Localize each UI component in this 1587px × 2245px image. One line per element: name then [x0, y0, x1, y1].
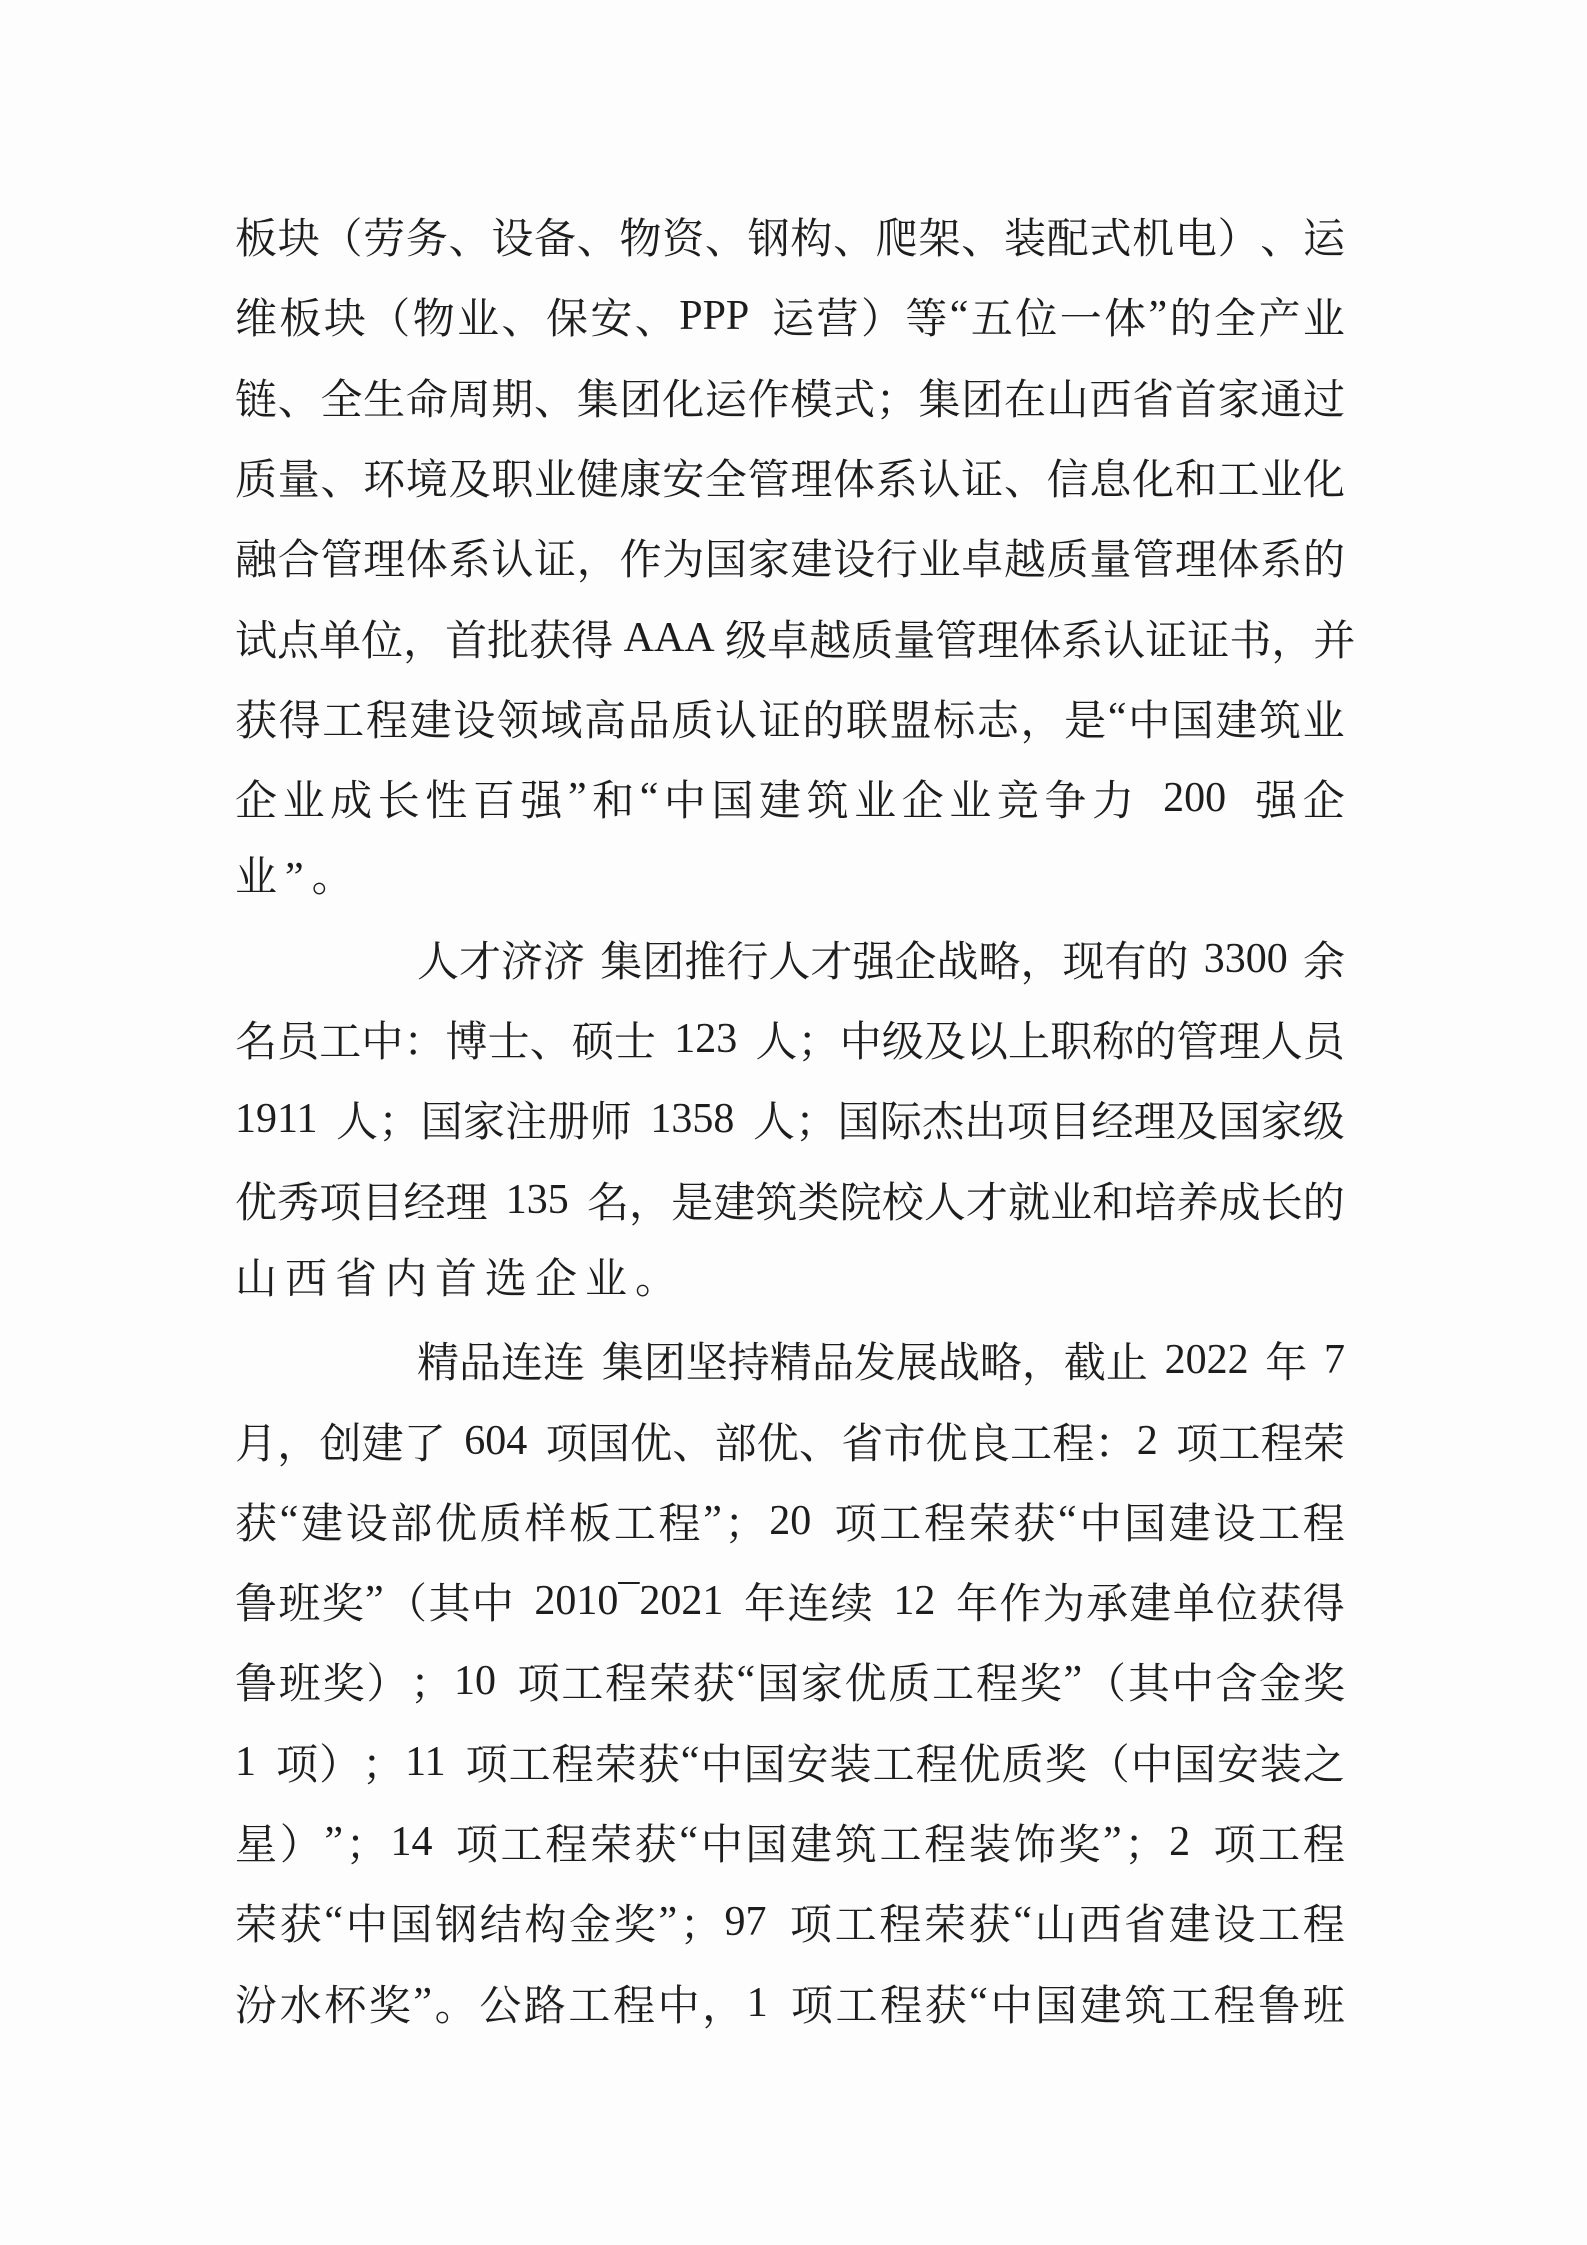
text-token: 设 [346, 1491, 388, 1551]
text-token: 境 [406, 447, 448, 507]
text-token: 企 [902, 768, 944, 828]
text-token: 领 [497, 688, 539, 748]
text-token: 百 [473, 768, 515, 828]
text-token: 结 [480, 1892, 522, 1952]
text-token: 名 [587, 1170, 629, 1230]
text-token: 程 [1214, 1973, 1256, 2033]
text-token: 名 [235, 1009, 277, 1069]
text-token: 年 [1265, 1330, 1307, 1390]
text-token: 2022 [1165, 1336, 1249, 1384]
text-token: 团 [644, 1330, 686, 1390]
text-token: 、 [1260, 206, 1302, 266]
text-token: 期 [491, 367, 533, 427]
text-token: 系 [876, 447, 918, 507]
text-token: 荣 [590, 1812, 632, 1872]
text-token: 鲁 [235, 1651, 277, 1711]
text-token: 荣 [235, 1892, 277, 1952]
text-token: 业 [949, 768, 991, 828]
text-token: 工 [932, 1651, 974, 1711]
text-token: 程 [879, 1892, 921, 1952]
text-token: ” [568, 774, 587, 822]
text-token: 星 [235, 1812, 277, 1872]
text-token: 、 [278, 367, 320, 427]
text-token: 安 [787, 1732, 829, 1792]
text-token: 战 [936, 929, 978, 989]
text-token: 认 [715, 688, 757, 748]
text-token: 荣 [969, 1491, 1011, 1551]
text-token: 工 [319, 1009, 361, 1069]
text-token: 设 [491, 206, 533, 266]
text-token: 程 [605, 1651, 647, 1711]
text-token: 人 [755, 1009, 797, 1069]
text-token: 设 [453, 688, 495, 748]
text-token: 管 [935, 608, 977, 668]
text-token: 位 [1015, 286, 1057, 346]
text-token: ； [876, 367, 918, 427]
text-token: 秀 [277, 1170, 319, 1230]
text-token: 运 [772, 286, 814, 346]
text-token: 程 [880, 1973, 922, 2033]
text-token: 程 [613, 1973, 655, 2033]
text-token: 院 [840, 1170, 882, 1230]
text-token: 程 [1261, 1411, 1303, 1471]
text-token: 称 [1092, 1009, 1134, 1069]
text-token: 行 [726, 929, 768, 989]
text-token: 康 [619, 447, 661, 507]
text-token: ” [1103, 1818, 1122, 1866]
word-gap [613, 614, 624, 662]
text-token: 级 [725, 608, 767, 668]
text-token: 人 [768, 929, 810, 989]
text-line: 人才济济 集团推行人才强企战略，现有的 3300 余 [235, 919, 1345, 999]
text-token: 优 [435, 1491, 477, 1551]
text-token: 工 [1218, 1411, 1260, 1471]
text-token: 位 [361, 608, 403, 668]
text-token: 样 [524, 1491, 566, 1551]
text-token: 3300 [1204, 935, 1288, 983]
text-token: 续 [831, 1571, 873, 1631]
text-token: 20 [769, 1497, 811, 1545]
text-token: 目 [361, 1170, 403, 1230]
text-token: 程 [1303, 1892, 1345, 1952]
text-token: 类 [797, 1170, 839, 1230]
text-token: 济 [543, 929, 585, 989]
text-token: 业 [1050, 1170, 1092, 1230]
text-token: 其 [1128, 1651, 1170, 1711]
text-token: 工 [1258, 1892, 1300, 1952]
text-token: 班 [279, 1651, 321, 1711]
text-token: 国 [711, 768, 753, 828]
text-token: 劳 [363, 206, 405, 266]
text-token: 优 [845, 1651, 887, 1711]
text-token: 标 [933, 688, 975, 748]
text-token: 工 [1258, 1491, 1300, 1551]
text-token: 优 [926, 1411, 968, 1471]
text-token: 质 [671, 688, 713, 748]
text-token: 中 [840, 1009, 882, 1069]
text-token: 项 [319, 1170, 361, 1230]
text-token: 国 [390, 1892, 432, 1952]
text-token: 及 [924, 1009, 966, 1069]
text-token: 、 [320, 447, 362, 507]
text-line: 荣获“中国钢结构金奖”；97 项工程荣获“山西省建设工程 [235, 1882, 1345, 1962]
text-token: 200 [1163, 774, 1226, 822]
text-token: 10 [454, 1657, 496, 1705]
word-gap [318, 1095, 336, 1143]
text-token: 域 [540, 688, 582, 748]
text-token: 团 [619, 367, 661, 427]
text-token: 员 [277, 1009, 319, 1069]
text-token: 证 [961, 447, 1003, 507]
text-token: 安 [1217, 1732, 1259, 1792]
text-token: 设 [1213, 1491, 1255, 1551]
word-gap [1193, 1818, 1211, 1866]
text-token: 程 [976, 1651, 1018, 1711]
text-token: 荣 [595, 1732, 637, 1792]
text-token: 理 [790, 447, 832, 507]
text-token: 团 [961, 367, 1003, 427]
text-token: 板 [279, 286, 321, 346]
text-token: 国 [705, 527, 747, 587]
text-token: 职 [491, 447, 533, 507]
text-token: 过 [1303, 367, 1345, 427]
text-token: 项 [276, 1732, 318, 1792]
text-token: 鲁 [1258, 1973, 1300, 2033]
text-token: 获 [1259, 1571, 1301, 1631]
text-token: 系 [1260, 527, 1302, 587]
word-gap [1232, 774, 1250, 822]
text-token: 模 [790, 367, 832, 427]
text-token: 连 [787, 1571, 829, 1631]
text-token: 、 [705, 206, 747, 266]
text-token: 职 [1050, 1009, 1092, 1069]
text-token: 认 [919, 447, 961, 507]
text-token: 单 [1173, 1571, 1215, 1631]
text-token: 国 [1172, 688, 1214, 748]
text-token: 行 [876, 527, 918, 587]
text-token: 质 [1002, 1732, 1044, 1792]
text-token: 程 [1303, 1812, 1345, 1872]
text-token: 认 [491, 527, 533, 587]
text-token: 争 [1044, 768, 1086, 828]
text-token: 水 [280, 1973, 322, 2033]
text-token: “ [737, 1657, 756, 1705]
text-token: 融 [235, 527, 277, 587]
text-token: 全 [320, 367, 362, 427]
text-token: 2010¯2021 [534, 1577, 723, 1625]
text-token: 中 [664, 768, 706, 828]
text-token: 环 [363, 447, 405, 507]
text-token: 强 [520, 768, 562, 828]
text-token: 中 [1172, 1651, 1214, 1711]
text-token: 12 [893, 1577, 935, 1625]
text-token: 业 [1303, 286, 1345, 346]
text-token: 略 [980, 1330, 1022, 1390]
text-token: 西 [1079, 1892, 1121, 1952]
text-token: 国 [743, 1732, 785, 1792]
text-token: ） [861, 286, 903, 346]
text-token: 装 [1004, 206, 1046, 266]
text-token: 强 [852, 929, 894, 989]
text-line: 星）”；14 项工程荣获“中国建筑工程装饰奖”；2 项工程 [235, 1802, 1345, 1882]
text-token: 力 [1092, 768, 1134, 828]
text-token: 承 [1086, 1571, 1128, 1631]
text-token: 人 [753, 1089, 795, 1149]
text-token: 强 [1255, 768, 1297, 828]
text-token: ； [725, 1491, 767, 1551]
text-token: 书 [1229, 608, 1271, 668]
text-token: 1 [747, 1979, 768, 2027]
text-token: 国 [421, 1089, 463, 1149]
text-token: 校 [882, 1170, 924, 1230]
text-token: 注 [505, 1089, 547, 1149]
text-token: 构 [524, 1892, 566, 1952]
text-token: 和 [1175, 447, 1217, 507]
text-token: 通 [1260, 367, 1302, 427]
text-token: 奖 [369, 1973, 411, 2033]
text-token: 高 [584, 688, 626, 748]
text-token: 家 [463, 1089, 505, 1149]
text-token: 国 [1174, 1732, 1216, 1792]
text-token: 块 [278, 206, 320, 266]
text-token: ” [1064, 1657, 1083, 1705]
text-token: ； [680, 1892, 722, 1952]
word-gap [769, 1898, 787, 1946]
text-token: 建 [713, 1170, 755, 1230]
text-token: 获 [235, 1491, 277, 1551]
text-token: 板 [235, 206, 277, 266]
text-token: AAA [624, 614, 715, 662]
text-token: 物 [413, 286, 455, 346]
text-token: 建 [1169, 1491, 1211, 1551]
word-gap [814, 1497, 832, 1545]
text-token: 是 [671, 1170, 713, 1230]
text-token: ， [1020, 929, 1062, 989]
text-token: 长 [1261, 1170, 1303, 1230]
text-token: 人 [336, 1089, 378, 1149]
text-token: 业 [1260, 447, 1302, 507]
text-token: 质 [235, 447, 277, 507]
text-token: 周 [449, 367, 491, 427]
text-token: 管 [1176, 1009, 1218, 1069]
text-token: 山 [1047, 367, 1089, 427]
text-token: 程 [552, 1732, 594, 1792]
text-token: 、 [1004, 447, 1046, 507]
text-token: 运 [1303, 206, 1345, 266]
text-token: 设 [1213, 1892, 1255, 1952]
text-token: 项 [466, 1732, 508, 1792]
text-token: ： [1095, 1411, 1137, 1471]
text-token: 家 [748, 527, 790, 587]
text-token: ， [1021, 688, 1063, 748]
text-token: 筑 [835, 1812, 877, 1872]
text-token: 化 [1303, 447, 1345, 507]
text-token: 安 [590, 286, 632, 346]
text-token: 、 [961, 206, 1003, 266]
text-token: 建 [410, 688, 452, 748]
text-token: 获 [638, 1732, 680, 1792]
word-gap [528, 1417, 546, 1465]
text-token: 1358 [650, 1095, 734, 1143]
text-token: ； [410, 1651, 452, 1711]
text-token: 就 [1008, 1170, 1050, 1230]
text-token: 工 [1218, 447, 1260, 507]
text-token: 获 [925, 1973, 967, 2033]
text-token: 爬 [876, 206, 918, 266]
text-token: 和 [1092, 1170, 1134, 1230]
text-token: 管 [320, 527, 362, 587]
text-token: 企 [1303, 768, 1345, 828]
document-text-block: 板块（劳务、设备、物资、钢构、爬架、装配式机电）、运维板块（物业、保安、PPP … [235, 196, 1345, 2043]
text-token: “ [1058, 1497, 1077, 1545]
text-token: 五 [971, 286, 1013, 346]
text-token: 工 [1258, 1812, 1300, 1872]
text-token: “ [1108, 694, 1127, 742]
text-token: 理 [1134, 1089, 1176, 1149]
word-gap [1288, 935, 1303, 983]
text-token: 营 [817, 286, 859, 346]
text-token: 年 [956, 1571, 998, 1631]
text-token: 级 [882, 1009, 924, 1069]
text-token: 工 [836, 1973, 878, 2033]
text-line: 获得工程建设领域高品质认证的联盟标志，是“中国建筑业 [235, 678, 1345, 758]
text-token: 等 [905, 286, 947, 346]
text-token: 在 [1004, 367, 1046, 427]
text-token: 中 [700, 1732, 742, 1792]
text-token: 济 [501, 929, 543, 989]
text-line: 维板块（物业、保安、PPP 运营）等“五位一体”的全产业 [235, 276, 1345, 356]
word-gap [737, 1015, 755, 1063]
text-token: 路 [524, 1973, 566, 2033]
text-token: 项 [1213, 1812, 1255, 1872]
text-token: 电 [1175, 206, 1217, 266]
text-token: 为 [662, 527, 704, 587]
text-token: 得 [571, 608, 613, 668]
text-token: 业 [457, 286, 499, 346]
text-token: 中 [472, 1571, 514, 1631]
text-token: 。 [435, 1973, 477, 2033]
text-token: 养 [1176, 1170, 1218, 1230]
text-token: 质 [480, 1491, 522, 1551]
text-token: 筑 [1124, 1973, 1166, 2033]
text-token: 理 [1219, 1009, 1261, 1069]
text-token: 一 [1060, 286, 1102, 346]
text-token: 项 [835, 1491, 877, 1551]
text-token: 1 [235, 1738, 256, 1786]
text-token: “ [950, 292, 969, 340]
text-token: 联 [846, 688, 888, 748]
text-token: 杰 [922, 1089, 964, 1149]
text-token: “ [969, 1979, 988, 2027]
text-token: 人 [924, 1170, 966, 1230]
text-token: 奖 [323, 1651, 365, 1711]
text-token: 项 [1176, 1411, 1218, 1471]
text-token: 首 [445, 608, 487, 668]
text-token: 建 [301, 1491, 343, 1551]
word-gap [1307, 1336, 1324, 1384]
text-token: 机 [1132, 206, 1174, 266]
text-token: 目 [1049, 1089, 1091, 1149]
text-token: 建 [790, 1812, 832, 1872]
text-line: 链、全生命周期、集团化运作模式；集团在山西省首家通过 [235, 357, 1345, 437]
word-gap [435, 1818, 453, 1866]
text-token: ， [629, 1170, 671, 1230]
text-token: 中 [991, 1973, 1033, 2033]
text-token: 首 [1175, 367, 1217, 427]
text-token: 量 [278, 447, 320, 507]
text-token: 止 [1106, 1330, 1148, 1390]
text-token: 管 [748, 447, 790, 507]
text-token: 国 [838, 1089, 880, 1149]
text-line: 山西省内首选企业。 [235, 1240, 1345, 1320]
word-gap [446, 1417, 464, 1465]
text-token: 单 [319, 608, 361, 668]
text-token: 奖 [1020, 1651, 1062, 1711]
text-token: 精 [417, 1330, 459, 1390]
text-token: 筑 [807, 768, 849, 828]
text-token: 务 [406, 206, 448, 266]
text-token: 装 [830, 1732, 872, 1792]
text-token: ” [365, 1577, 384, 1625]
text-line: 板块（劳务、设备、物资、钢构、爬架、装配式机电）、运 [235, 196, 1345, 276]
text-token: 建 [1129, 1571, 1171, 1631]
text-token: 中 [1079, 1491, 1121, 1551]
text-token: 物 [619, 206, 661, 266]
text-token: 质 [1047, 527, 1089, 587]
text-token: 金 [569, 1892, 611, 1952]
text-token: 7 [1324, 1336, 1345, 1384]
text-token: ； [795, 1089, 837, 1149]
text-token: 优 [235, 1170, 277, 1230]
text-token: ） [1218, 206, 1260, 266]
text-token: 程 [366, 688, 408, 748]
text-token: 国 [1035, 1973, 1077, 2033]
text-token: 程 [916, 1732, 958, 1792]
text-token: 集 [919, 367, 961, 427]
text-token: 作 [999, 1571, 1041, 1631]
text-token: 盟 [890, 688, 932, 748]
text-token: 、 [635, 286, 677, 346]
text-token: 装 [969, 1812, 1011, 1872]
text-token: 优 [630, 1411, 672, 1471]
text-token: 国 [1218, 1089, 1260, 1149]
text-token: 工 [561, 1651, 603, 1711]
text-token: 建 [1080, 1973, 1122, 2033]
text-token: 工 [614, 1491, 656, 1551]
text-token: “ [640, 774, 659, 822]
text-token: ” [413, 1979, 432, 2027]
text-token: “ [280, 1497, 299, 1545]
text-token: 和 [592, 768, 634, 828]
text-token: 集 [602, 1330, 644, 1390]
text-token: 持 [728, 1330, 770, 1390]
text-token: 程 [924, 1491, 966, 1551]
text-token: 连 [501, 1330, 543, 1390]
text-token: 获 [1013, 1491, 1055, 1551]
text-token: 省 [1132, 367, 1174, 427]
text-token: 企 [235, 768, 277, 828]
text-token: 11 [405, 1738, 445, 1786]
text-token: 建 [362, 1411, 404, 1471]
text-token: 创 [319, 1411, 361, 1471]
text-token: “ [324, 1898, 343, 1946]
text-token: 97 [725, 1898, 767, 1946]
text-token: （ [385, 1571, 427, 1631]
text-token: 企 [894, 929, 936, 989]
text-token: 发 [854, 1330, 896, 1390]
text-token: ” [324, 1818, 343, 1866]
text-token: 体 [406, 527, 448, 587]
